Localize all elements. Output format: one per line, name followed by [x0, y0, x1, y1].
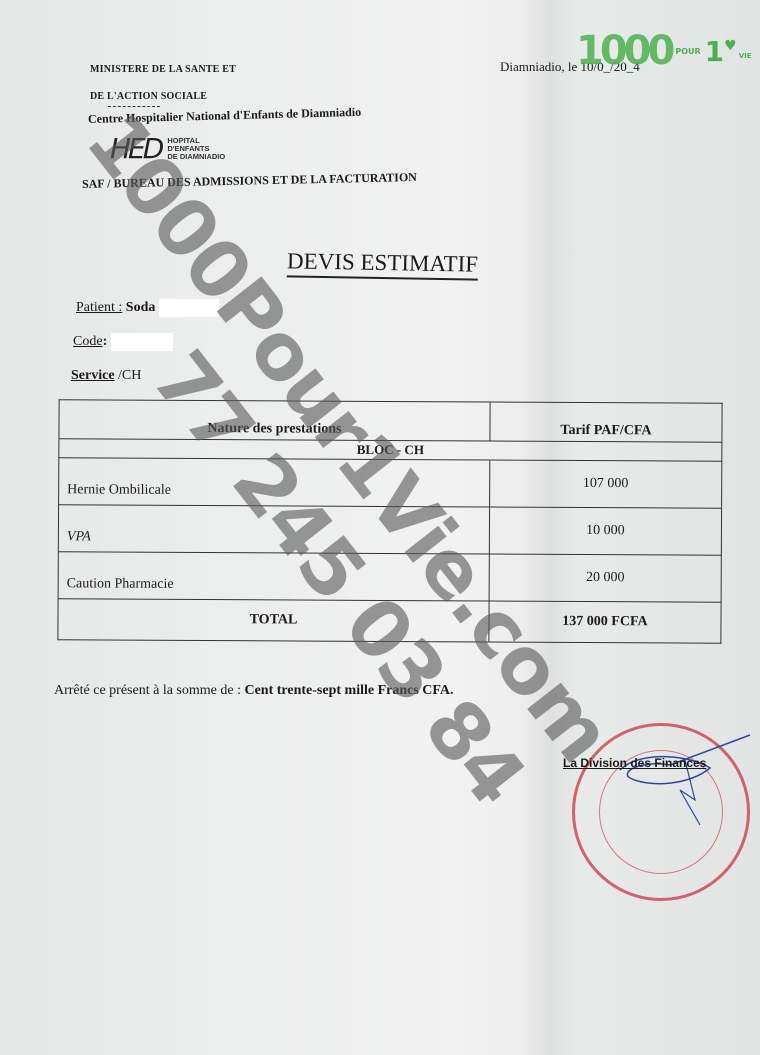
- brand-vie: VIE: [739, 52, 752, 60]
- row-amount: 107 000: [490, 460, 722, 508]
- heart-icon: ♥: [724, 38, 737, 54]
- signature: [610, 730, 760, 840]
- row-amount: 10 000: [489, 507, 721, 555]
- service-field: Service /CH: [71, 368, 141, 384]
- service-label: Service: [71, 368, 115, 383]
- signatory-label: La Division des Finances: [563, 756, 706, 770]
- service-value: /CH: [118, 368, 141, 383]
- ministry-line1: MINISTERE DE LA SANTE ET: [90, 64, 236, 75]
- code-field: Code:: [73, 333, 173, 351]
- document-title: DEVIS ESTIMATIF: [287, 248, 479, 280]
- code-label: Code: [73, 334, 103, 349]
- brand-one: 1: [705, 35, 724, 68]
- ministry-line2: DE L'ACTION SOCIALE: [90, 91, 207, 102]
- redaction-box: [111, 333, 173, 351]
- brand-logo: 1000 POUR 1 ♥ VIE: [576, 28, 752, 74]
- code-separator: :: [103, 334, 108, 349]
- col-header-tarif: Tarif PAF/CFA: [490, 402, 722, 442]
- brand-number: 1000: [576, 28, 671, 74]
- patient-value: Soda: [126, 300, 156, 315]
- arrete-prefix: Arrêté ce présent à la somme de :: [54, 683, 241, 698]
- patient-label: Patient :: [76, 300, 122, 315]
- brand-pour: POUR: [675, 47, 700, 56]
